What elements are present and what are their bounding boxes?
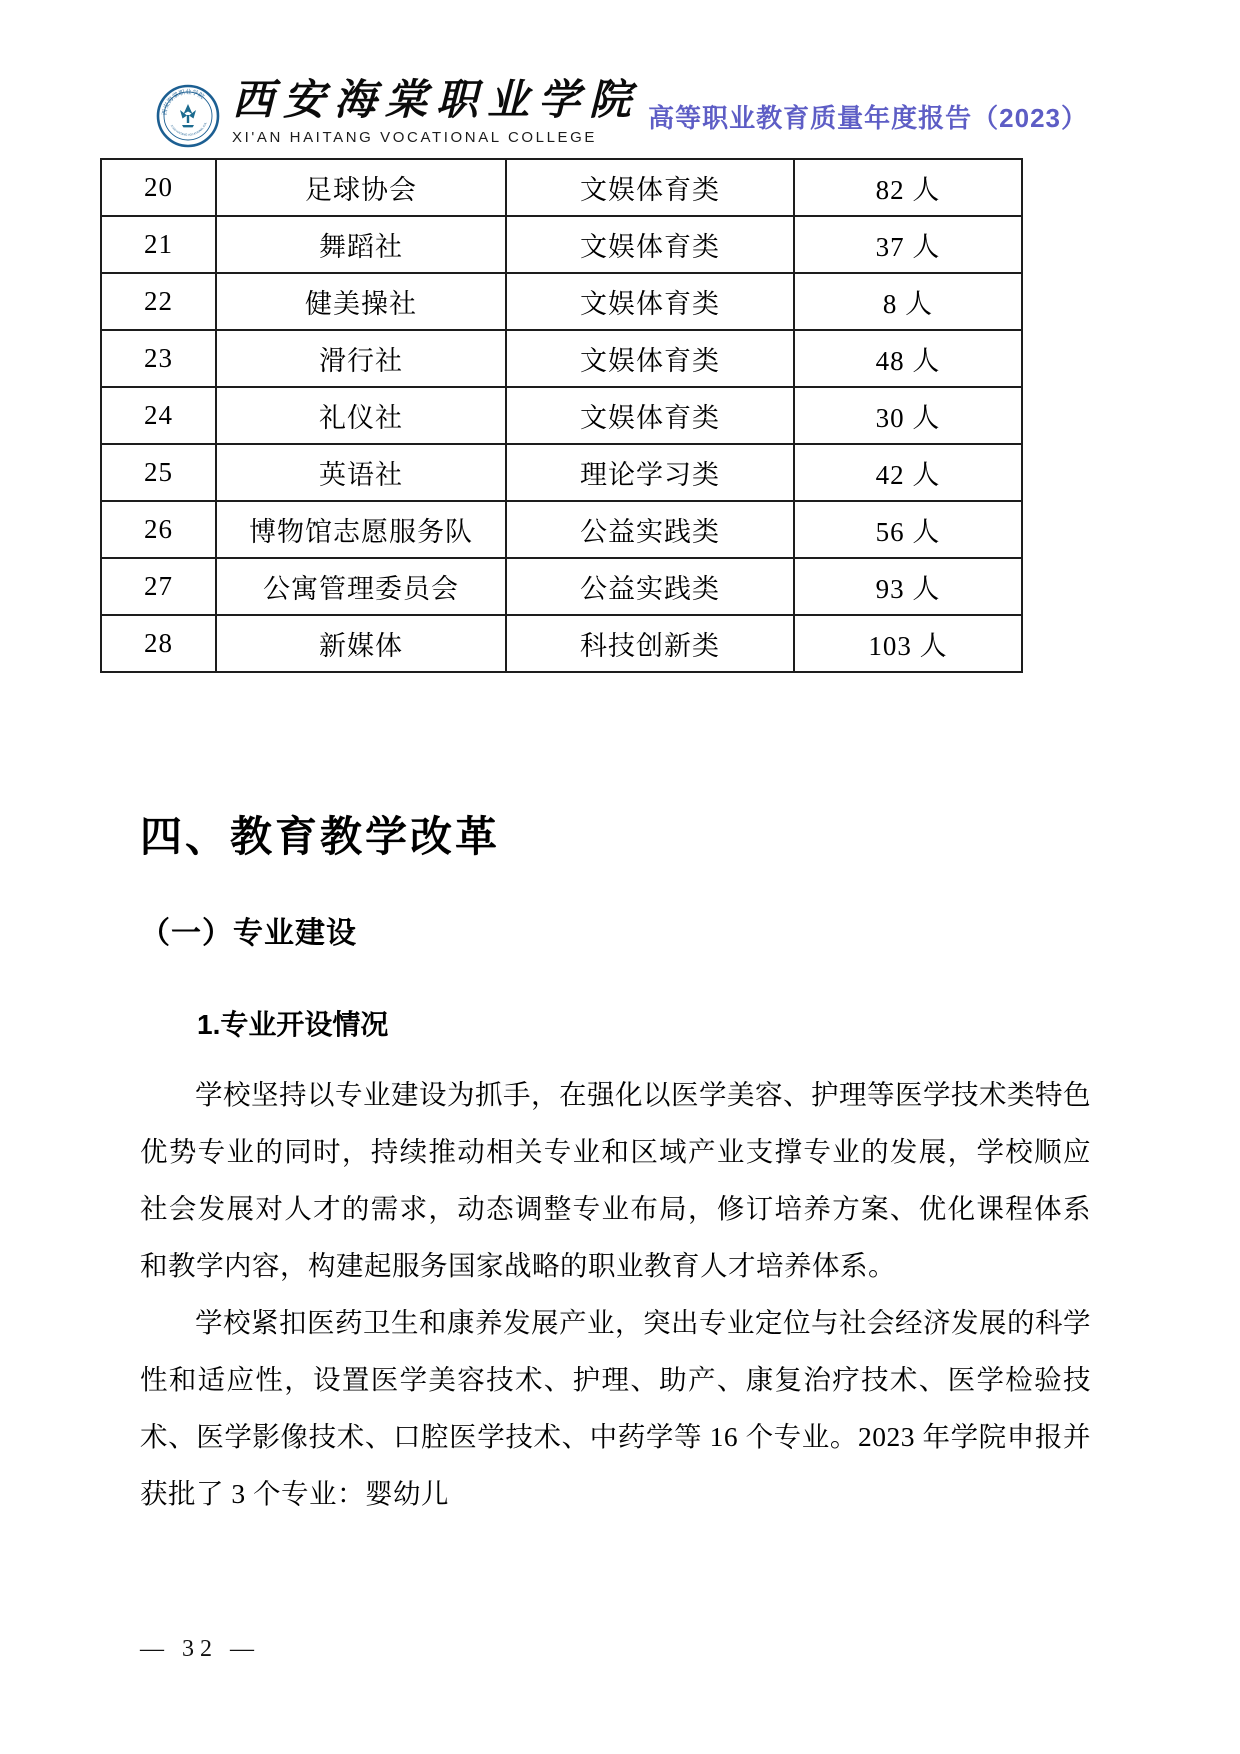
club-count-cell: 56 人: [794, 501, 1022, 558]
clubs-table: 20 足球协会 文娱体育类 82 人 21 舞蹈社 文娱体育类 37 人 22 …: [100, 158, 1023, 673]
club-category-cell: 文娱体育类: [506, 273, 794, 330]
club-name-cell: 足球协会: [216, 159, 506, 216]
section-heading-level3: 1.专业开设情况: [140, 1008, 1091, 1042]
club-name-cell: 礼仪社: [216, 387, 506, 444]
body-paragraph-1: 学校坚持以专业建设为抓手，在强化以医学美容、护理等医学技术类特色优势专业的同时，…: [140, 1066, 1091, 1294]
table-row: 23 滑行社 文娱体育类 48 人: [101, 330, 1022, 387]
section-heading-level1: 四、教育教学改革: [140, 812, 1091, 862]
club-name-cell: 公寓管理委员会: [216, 558, 506, 615]
club-category-cell: 文娱体育类: [506, 330, 794, 387]
club-count-cell: 42 人: [794, 444, 1022, 501]
club-category-cell: 文娱体育类: [506, 216, 794, 273]
club-no-cell: 23: [101, 330, 216, 387]
college-seal-icon: 西安海棠职业学院 XI'AN HAITANG VOCATIONAL COLLEG…: [156, 84, 220, 148]
club-count-cell: 8 人: [794, 273, 1022, 330]
club-no-cell: 24: [101, 387, 216, 444]
section-heading-level2: （一）专业建设: [140, 916, 1091, 952]
table-row: 28 新媒体 科技创新类 103 人: [101, 615, 1022, 672]
document-page: 西安海棠职业学院 XI'AN HAITANG VOCATIONAL COLLEG…: [0, 0, 1240, 1754]
club-no-cell: 21: [101, 216, 216, 273]
club-count-cell: 48 人: [794, 330, 1022, 387]
club-no-cell: 26: [101, 501, 216, 558]
club-category-cell: 文娱体育类: [506, 159, 794, 216]
club-name-cell: 英语社: [216, 444, 506, 501]
club-category-cell: 理论学习类: [506, 444, 794, 501]
body-paragraph-2: 学校紧扣医药卫生和康养发展产业，突出专业定位与社会经济发展的科学性和适应性，设置…: [140, 1294, 1091, 1522]
table-row: 26 博物馆志愿服务队 公益实践类 56 人: [101, 501, 1022, 558]
club-name-cell: 舞蹈社: [216, 216, 506, 273]
college-brand: 西安海棠职业学院 XI'AN HAITANG VOCATIONAL COLLEG…: [232, 76, 640, 146]
club-category-cell: 公益实践类: [506, 558, 794, 615]
college-seal-logo: 西安海棠职业学院 XI'AN HAITANG VOCATIONAL COLLEG…: [156, 84, 220, 148]
table-row: 27 公寓管理委员会 公益实践类 93 人: [101, 558, 1022, 615]
club-name-cell: 博物馆志愿服务队: [216, 501, 506, 558]
college-name-calligraphy: 西安海棠职业学院: [232, 76, 640, 124]
club-count-cell: 37 人: [794, 216, 1022, 273]
club-category-cell: 科技创新类: [506, 615, 794, 672]
table-row: 24 礼仪社 文娱体育类 30 人: [101, 387, 1022, 444]
club-category-cell: 公益实践类: [506, 501, 794, 558]
club-count-cell: 103 人: [794, 615, 1022, 672]
page-number: — 32 —: [140, 1636, 260, 1663]
club-no-cell: 20: [101, 159, 216, 216]
club-no-cell: 28: [101, 615, 216, 672]
club-count-cell: 93 人: [794, 558, 1022, 615]
table-row: 20 足球协会 文娱体育类 82 人: [101, 159, 1022, 216]
table-row: 22 健美操社 文娱体育类 8 人: [101, 273, 1022, 330]
club-name-cell: 新媒体: [216, 615, 506, 672]
table-row: 25 英语社 理论学习类 42 人: [101, 444, 1022, 501]
section-content: 四、教育教学改革 （一）专业建设 1.专业开设情况 学校坚持以专业建设为抓手，在…: [140, 812, 1091, 1522]
club-count-cell: 82 人: [794, 159, 1022, 216]
club-name-cell: 滑行社: [216, 330, 506, 387]
college-name-english: XI'AN HAITANG VOCATIONAL COLLEGE: [232, 129, 640, 146]
club-name-cell: 健美操社: [216, 273, 506, 330]
club-no-cell: 25: [101, 444, 216, 501]
table-row: 21 舞蹈社 文娱体育类 37 人: [101, 216, 1022, 273]
club-no-cell: 22: [101, 273, 216, 330]
report-title: 高等职业教育质量年度报告（2023）: [648, 98, 1088, 135]
club-no-cell: 27: [101, 558, 216, 615]
club-count-cell: 30 人: [794, 387, 1022, 444]
club-category-cell: 文娱体育类: [506, 387, 794, 444]
